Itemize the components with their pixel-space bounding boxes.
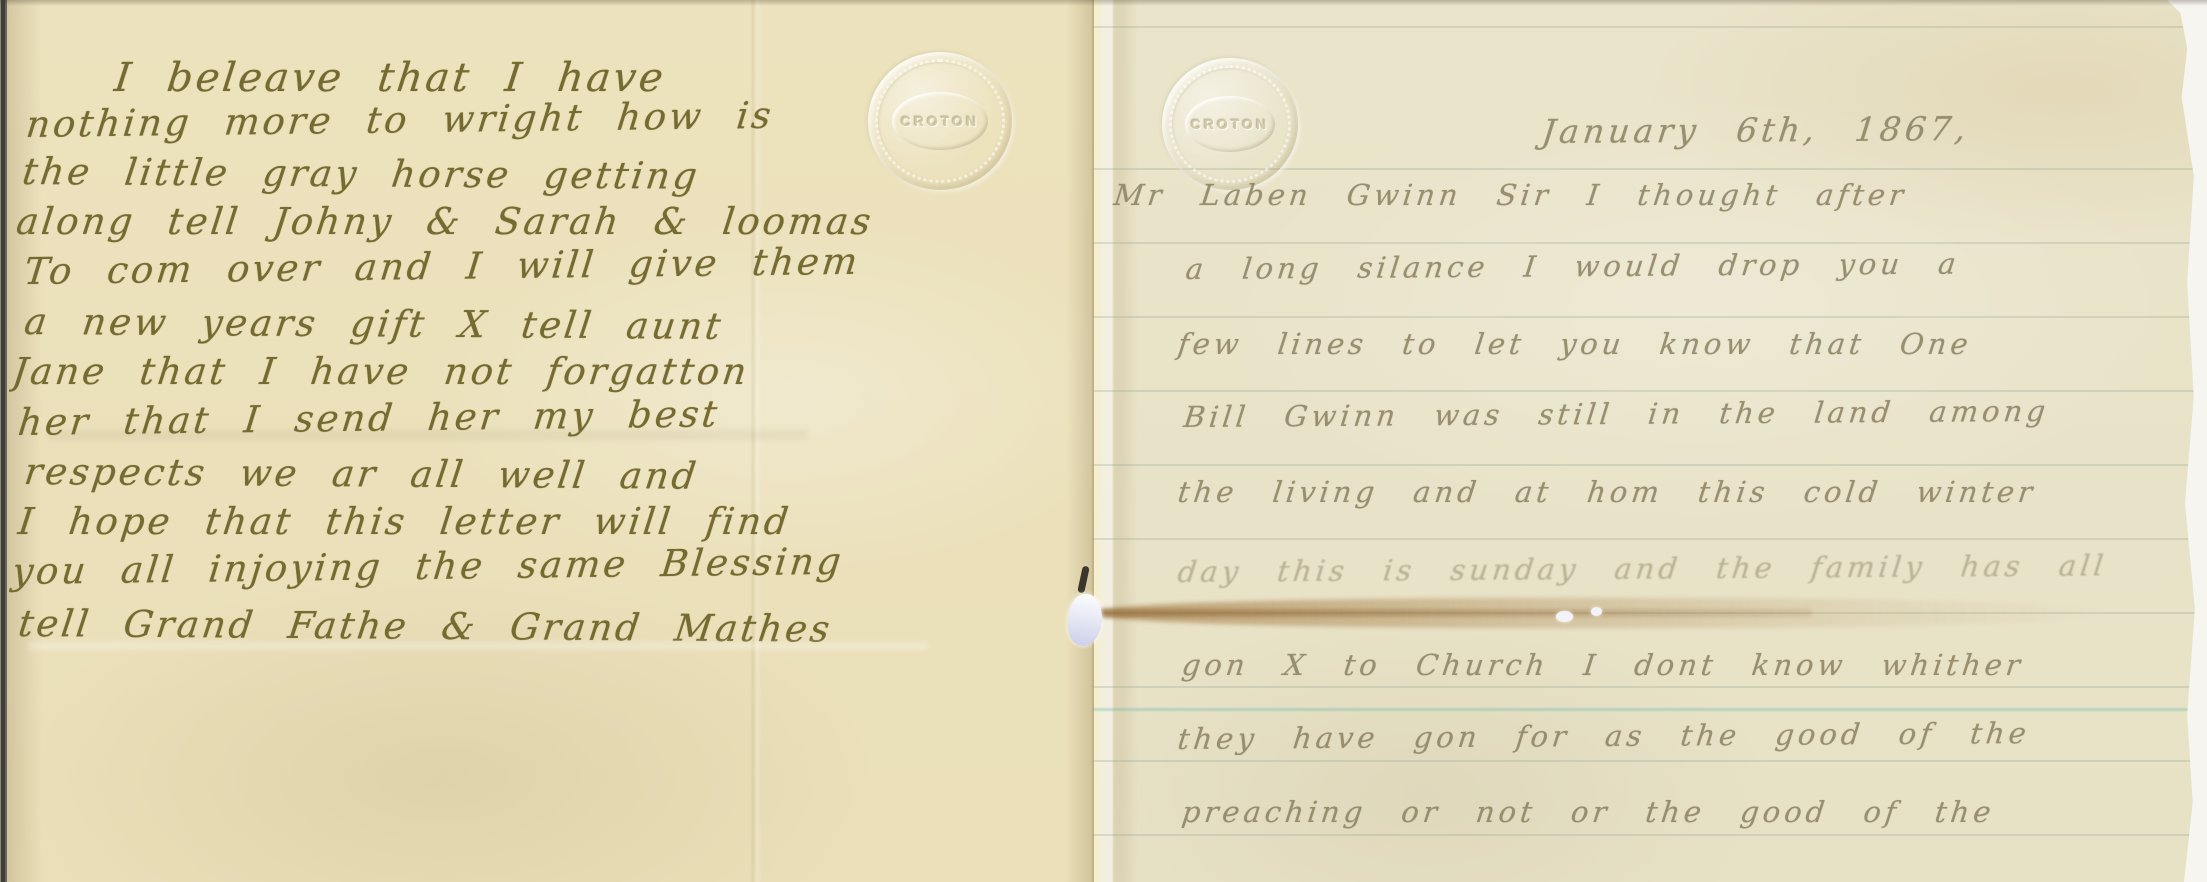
handwriting-line: Bill Gwinn was still in the land among [1182, 394, 2051, 434]
handwriting-line: Jane that I have not forgatton [10, 350, 752, 393]
handwriting-line: preaching or not or the good of the [1180, 795, 1997, 829]
handwriting-line: her that I send her my best [16, 392, 722, 444]
handwriting-line: Mr Laben Gwinn Sir I thought after [1112, 178, 1909, 212]
handwriting-line: they have gon for as the good of the [1176, 716, 2032, 756]
seal-label: CROTON [1191, 116, 1269, 132]
handwriting-line: nothing more to wright how is [24, 94, 776, 146]
handwriting-line: respects we ar all well and [22, 450, 701, 498]
date-line: January 6th, 1867, [1540, 109, 1972, 151]
handwriting-line: tell Grand Fathe & Grand Mathes [16, 602, 835, 651]
croton-embossed-seal: CROTON [1162, 58, 1298, 190]
handwriting-line: the little gray horse getting [20, 150, 702, 198]
fold-stain-core [1092, 609, 1812, 617]
handwriting-line: a long silance I would drop you a [1184, 247, 1962, 286]
handwriting-line: a new years gift X tell aunt [22, 300, 726, 348]
handwriting-line: To com over and I will give them [22, 240, 863, 293]
letter-page-right: CROTON January 6th, 1867, Mr Laben Gwinn… [1092, 0, 2196, 882]
handwriting-line: you all injoying the same Blessing [10, 540, 846, 593]
handwriting-line: along tell Johny & Sarah & loomas [14, 200, 876, 243]
handwriting-line: gon X to Church I dont know whither [1180, 648, 2026, 682]
paper-damage-speck [1591, 607, 1602, 616]
croton-embossed-seal: CROTON [868, 52, 1012, 190]
seal-oval: CROTON [1185, 96, 1275, 151]
letter-page-left: CROTON I beleave that I have nothing mor… [8, 0, 1092, 882]
scanner-edge-strip [0, 0, 9, 882]
handwriting-line: few lines to let you know that One [1176, 327, 1974, 361]
paper-damage-speck [1556, 611, 1573, 622]
seal-label: CROTON [901, 113, 979, 129]
ruled-line-teal [1092, 708, 2196, 711]
handwriting-line: the living and at hom this cold winter [1176, 475, 2038, 509]
letter-scan: CROTON I beleave that I have nothing mor… [0, 0, 2207, 882]
handwriting-line: day this is sunday and the family has al… [1176, 549, 2109, 589]
handwriting-line: I beleave that I have [112, 55, 669, 101]
handwriting-line: I hope that this letter will find [16, 500, 794, 543]
seal-oval: CROTON [892, 92, 987, 150]
